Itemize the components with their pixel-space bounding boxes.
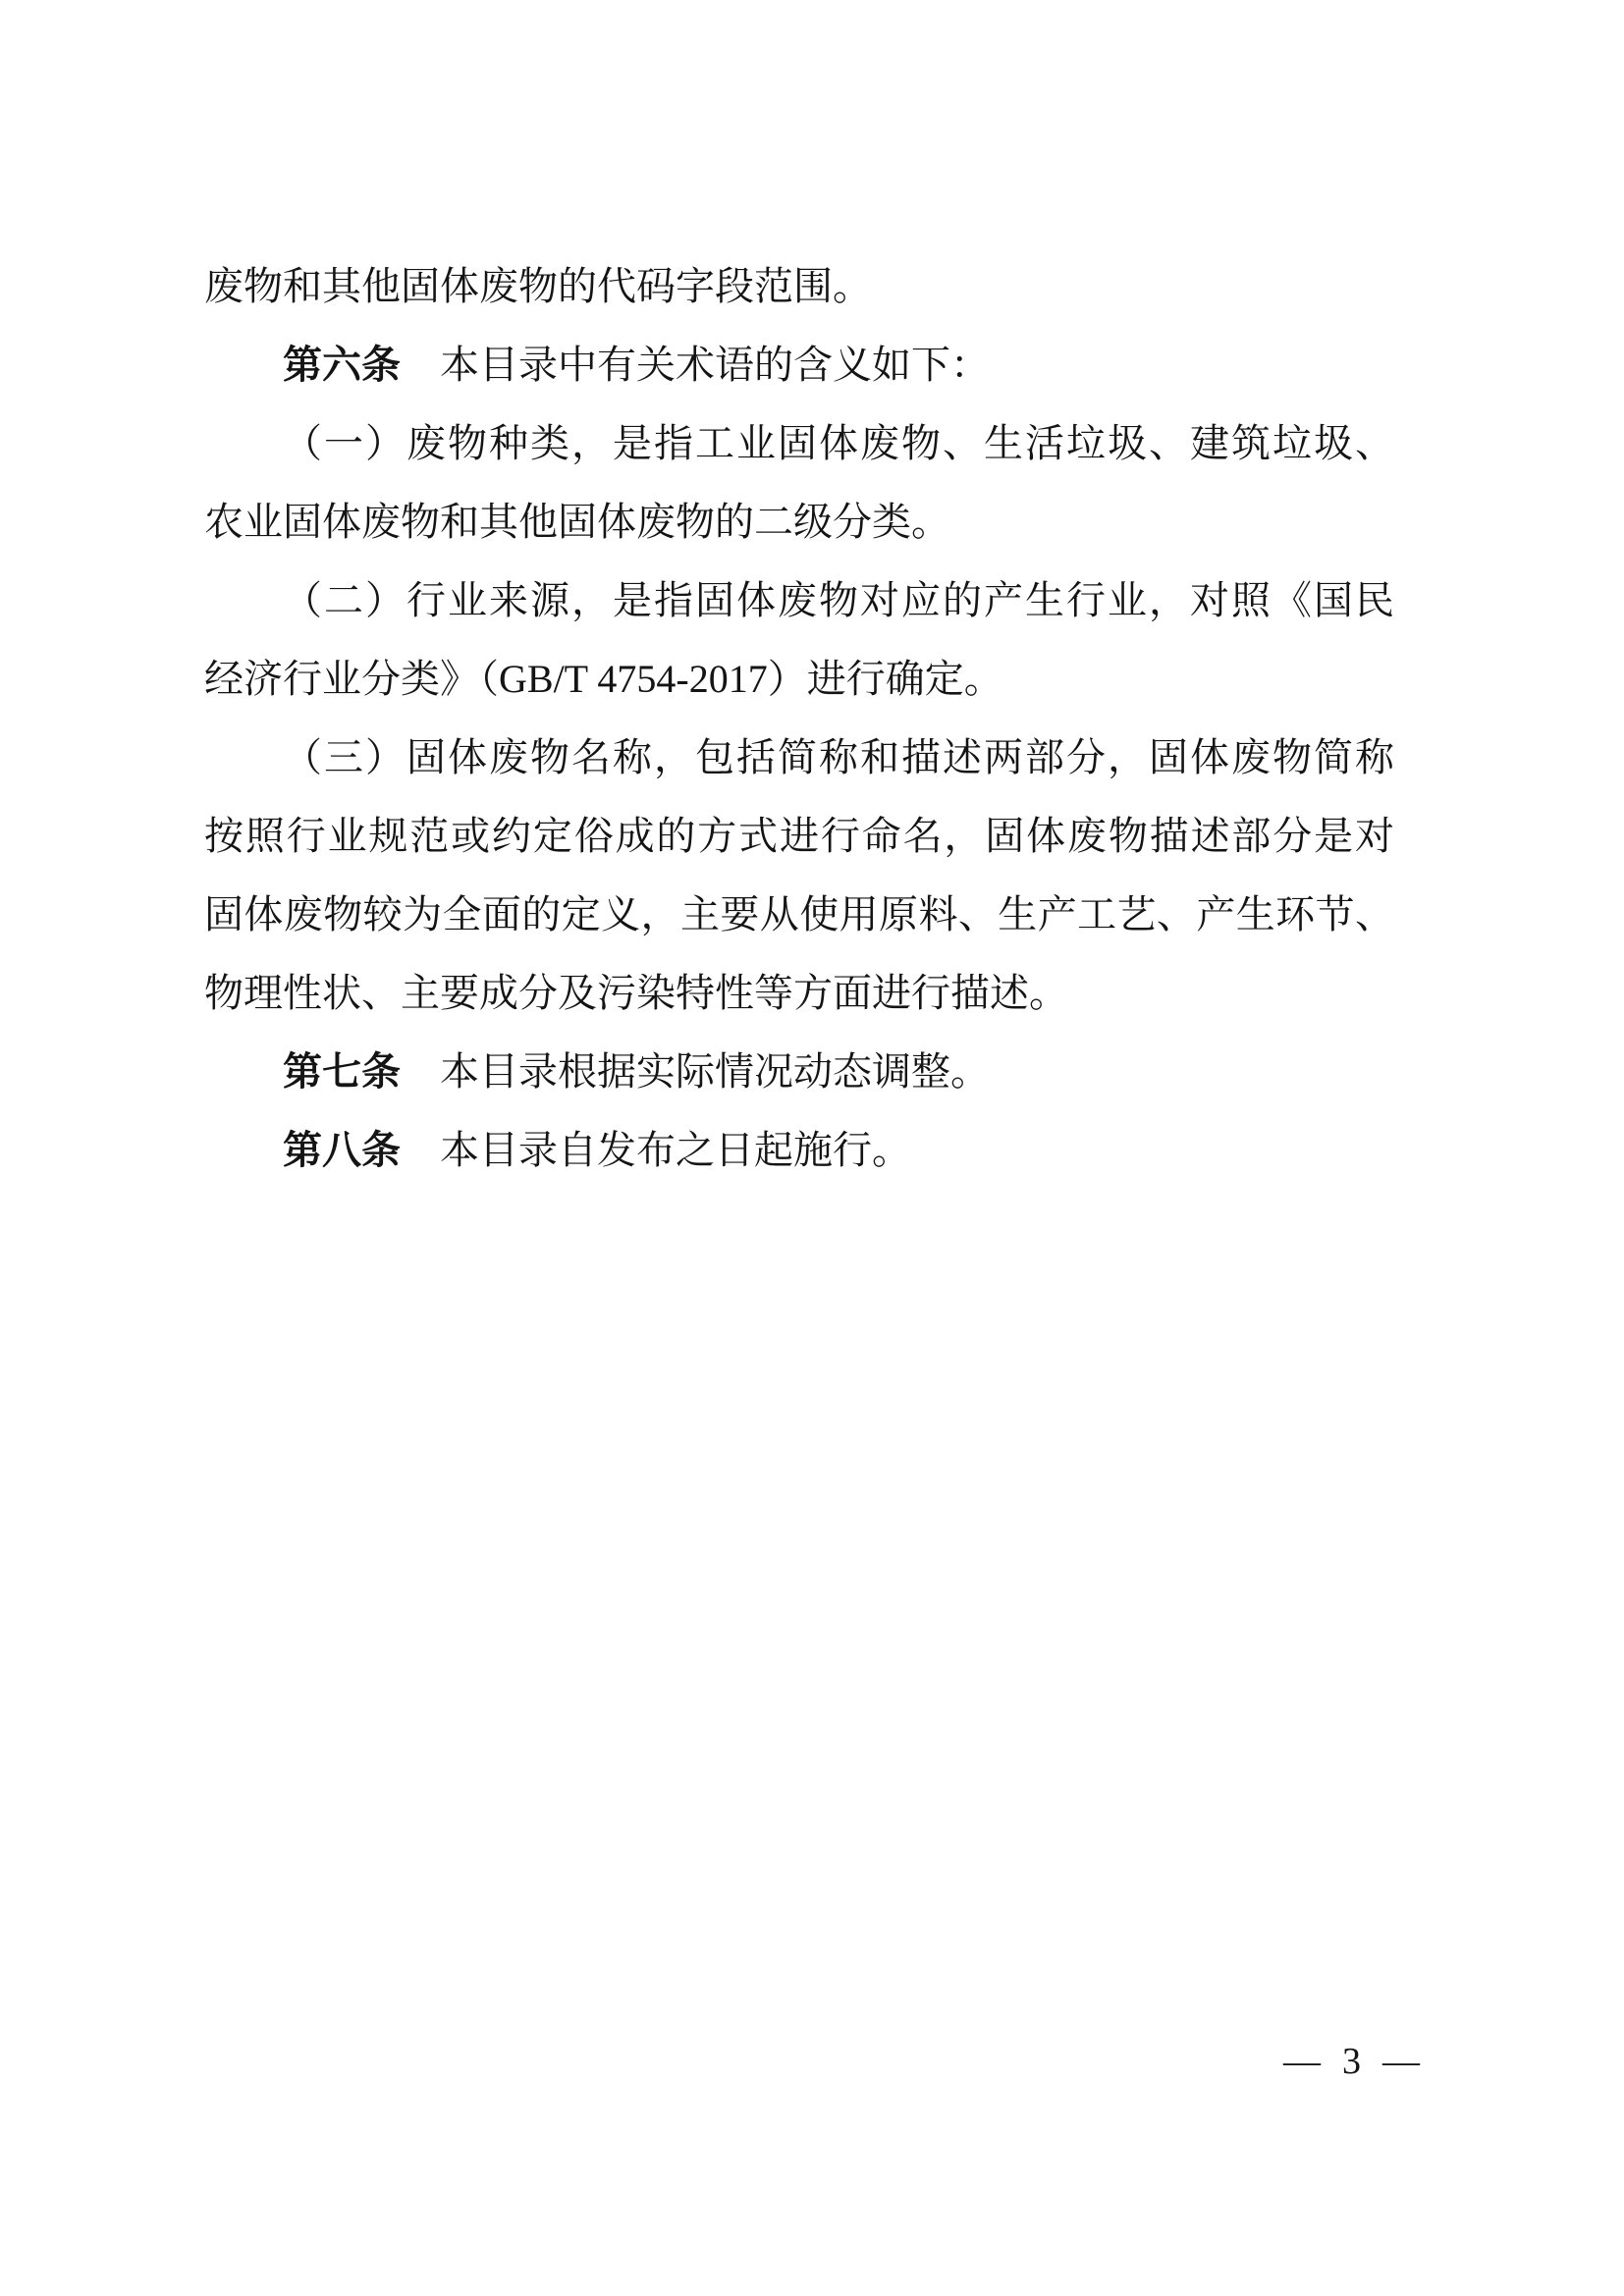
paragraph-line: 按照行业规范或约定俗成的方式进行命名，固体废物描述部分是对 <box>204 797 1394 876</box>
paragraph-line: （三）固体废物名称，包括简称和描述两部分，固体废物简称 <box>204 719 1394 797</box>
document-page: 废物和其他固体废物的代码字段范围。 第六条 本目录中有关术语的含义如下： （一）… <box>0 0 1624 2296</box>
paragraph-line: 第七条 本目录根据实际情况动态调整。 <box>204 1033 1394 1111</box>
paragraph-line: （一）废物种类，是指工业固体废物、生活垃圾、建筑垃圾、 <box>204 404 1394 483</box>
line-text: 本目录中有关术语的含义如下： <box>401 343 990 387</box>
footer-page-number: 3 <box>1342 2041 1361 2082</box>
paragraph-line: 第八条 本目录自发布之日起施行。 <box>204 1111 1394 1190</box>
article-label: 第八条 <box>283 1129 401 1172</box>
article-label: 第六条 <box>283 344 401 387</box>
paragraph-line: 固体废物较为全面的定义，主要从使用原料、生产工艺、产生环节、 <box>204 876 1394 954</box>
line-text: 本目录自发布之日起施行。 <box>401 1128 911 1172</box>
article-label: 第七条 <box>283 1050 401 1094</box>
footer-dash-left: — <box>1283 2041 1321 2082</box>
footer-dash-right: — <box>1382 2041 1420 2082</box>
page-number: —3— <box>1283 2040 1420 2083</box>
paragraph-line: 物理性状、主要成分及污染特性等方面进行描述。 <box>204 954 1394 1033</box>
paragraph-line: 经济行业分类》（GB/T 4754-2017）进行确定。 <box>204 640 1394 719</box>
line-text: 本目录根据实际情况动态调整。 <box>401 1049 990 1094</box>
paragraph-line: 农业固体废物和其他固体废物的二级分类。 <box>204 483 1394 561</box>
paragraph-line: 第六条 本目录中有关术语的含义如下： <box>204 326 1394 404</box>
paragraph-line: 废物和其他固体废物的代码字段范围。 <box>204 247 1394 326</box>
paragraph-line: （二）行业来源，是指固体废物对应的产生行业，对照《国民 <box>204 561 1394 640</box>
text-block: 废物和其他固体废物的代码字段范围。 第六条 本目录中有关术语的含义如下： （一）… <box>204 247 1394 1190</box>
